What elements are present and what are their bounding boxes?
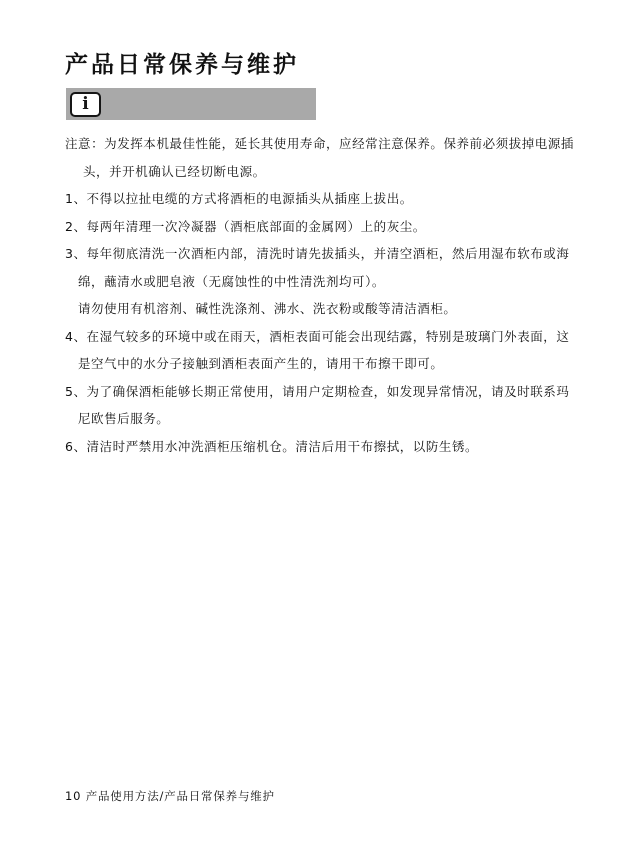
- body-text: 注意：为发挥本机最佳性能，延长其使用寿命，应经常注意保养。保养前必须拔掉电源插 …: [65, 130, 565, 460]
- body-line: 5、为了确保酒柜能够长期正常使用，请用户定期检查，如发现异常情况，请及时联系玛: [65, 378, 565, 406]
- body-line: 注意：为发挥本机最佳性能，延长其使用寿命，应经常注意保养。保养前必须拔掉电源插: [65, 130, 565, 158]
- body-line: 3、每年彻底清洗一次酒柜内部，清洗时请先拔插头，并清空酒柜，然后用湿布软布或海: [65, 240, 565, 268]
- body-line: 是空气中的水分子接触到酒柜表面产生的，请用干布擦干即可。: [65, 350, 565, 378]
- body-line: 2、每两年清理一次冷凝器（酒柜底部面的金属网）上的灰尘。: [65, 213, 565, 241]
- info-icon: i: [70, 92, 101, 117]
- body-line: 1、不得以拉扯电缆的方式将酒柜的电源插头从插座上拔出。: [65, 185, 565, 213]
- body-line: 请勿使用有机溶剂、碱性洗涤剂、沸水、洗衣粉或酸等清洁酒柜。: [65, 295, 565, 323]
- body-line: 4、在湿气较多的环境中或在雨天，酒柜表面可能会出现结露，特别是玻璃门外表面，这: [65, 323, 565, 351]
- page-footer: 10 产品使用方法/产品日常保养与维护: [65, 788, 275, 804]
- body-line: 绵，蘸清水或肥皂液（无腐蚀性的中性清洗剂均可）。: [65, 268, 565, 296]
- info-banner: i: [66, 88, 316, 120]
- body-line: 头，并开机确认已经切断电源。: [65, 158, 565, 186]
- body-line: 6、清洁时严禁用水冲洗酒柜压缩机仓。清洁后用干布擦拭，以防生锈。: [65, 433, 565, 461]
- manual-page: 产品日常保养与维护 i 注意：为发挥本机最佳性能，延长其使用寿命，应经常注意保养…: [0, 0, 622, 842]
- body-line: 尼欧售后服务。: [65, 405, 565, 433]
- page-title: 产品日常保养与维护: [65, 46, 299, 79]
